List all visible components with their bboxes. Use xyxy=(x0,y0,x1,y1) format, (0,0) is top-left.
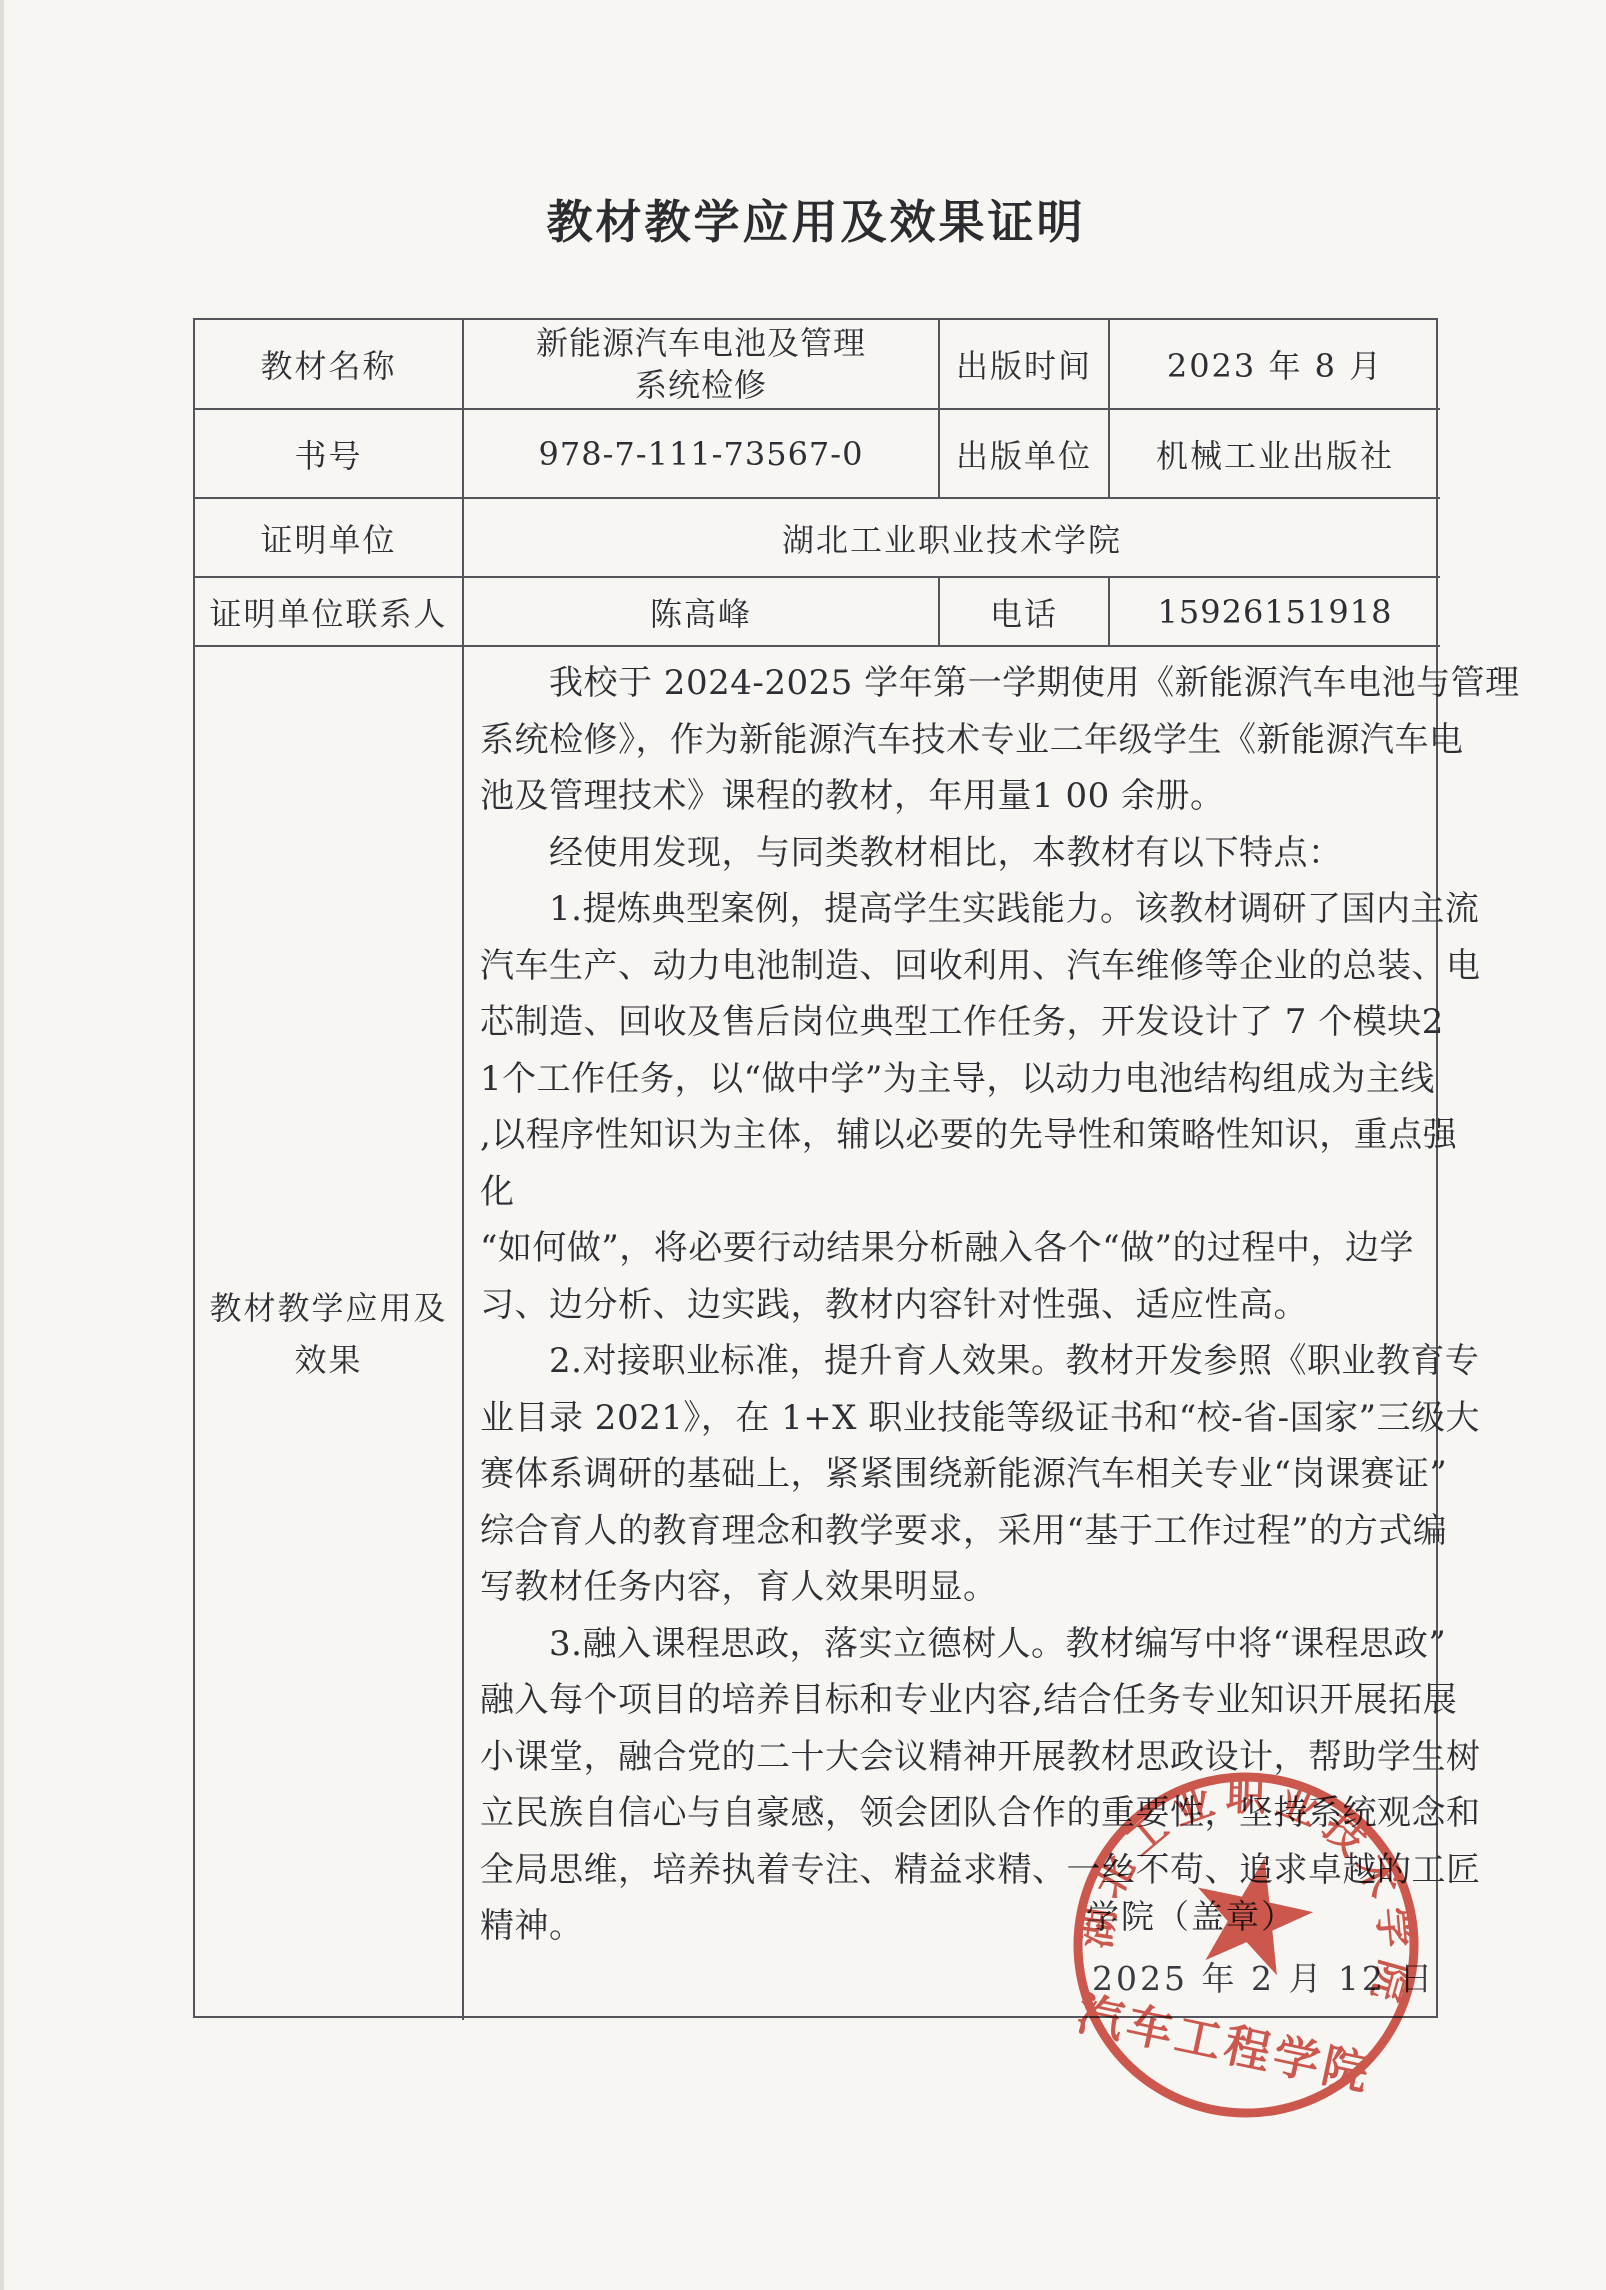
value-textbook-name: 新能源汽车电池及管理 系统检修 xyxy=(464,320,940,410)
label-isbn: 书号 xyxy=(195,410,464,499)
body-line: 化 xyxy=(480,1164,1430,1221)
label-application-and-effect: 教材教学应用及 效果 xyxy=(195,647,464,2020)
body-line: 芯制造、回收及售后岗位典型工作任务，开发设计了 7 个模块2 xyxy=(480,994,1430,1051)
textbook-name-line1: 新能源汽车电池及管理 xyxy=(536,322,866,364)
body-line: 赛体系调研的基础上，紧紧围绕新能源汽车相关专业“岗课赛证” xyxy=(480,1446,1430,1503)
body-line: 业目录 2021》，在 1+X 职业技能等级证书和“校-省-国家”三级大 xyxy=(480,1390,1430,1447)
body-line: 3.融入课程思政，落实立德树人。教材编写中将“课程思政” xyxy=(480,1616,1430,1673)
body-text: 我校于 2024-2025 学年第一学期使用《新能源汽车电池与管理系统检修》，作… xyxy=(480,655,1430,1955)
application-label-line1: 教材教学应用及 xyxy=(209,1282,447,1334)
body-line: 我校于 2024-2025 学年第一学期使用《新能源汽车电池与管理 xyxy=(480,655,1430,712)
body-line: 经使用发现，与同类教材相比，本教材有以下特点： xyxy=(480,825,1430,882)
scan-edge-artifact xyxy=(0,0,4,2290)
body-line: “如何做”，将必要行动结果分析融入各个“做”的过程中，边学 xyxy=(480,1220,1430,1277)
textbook-name-line2: 系统检修 xyxy=(635,364,767,406)
certificate-form-table: 教材名称 新能源汽车电池及管理 系统检修 出版时间 2023 年 8 月 书号 … xyxy=(193,318,1438,2018)
body-line: ,以程序性知识为主体，辅以必要的先导性和策略性知识，重点强 xyxy=(480,1107,1430,1164)
body-line: 写教材任务内容，育人效果明显。 xyxy=(480,1559,1430,1616)
body-line: 2.对接职业标准，提升育人效果。教材开发参照《职业教育专 xyxy=(480,1333,1430,1390)
body-line: 综合育人的教育理念和教学要求，采用“基于工作过程”的方式编 xyxy=(480,1503,1430,1560)
body-line: 立民族自信心与自豪感，领会团队合作的重要性，坚持系统观念和 xyxy=(480,1785,1430,1842)
scanned-certificate-page: { "document": { "title": "教材教学应用及效果证明" }… xyxy=(0,0,1606,2290)
page-title: 教材教学应用及效果证明 xyxy=(547,186,1086,252)
label-publisher: 出版单位 xyxy=(940,410,1110,499)
seal-here-label: 学院（盖章） xyxy=(1086,1889,1296,1946)
value-isbn: 978-7-111-73567-0 xyxy=(464,410,940,499)
label-publish-date: 出版时间 xyxy=(940,320,1110,410)
value-contact-person: 陈高峰 xyxy=(464,578,940,647)
label-certifying-unit: 证明单位 xyxy=(195,499,464,578)
value-certifying-unit: 湖北工业职业技术学院 xyxy=(464,499,1440,578)
label-textbook-name: 教材名称 xyxy=(195,320,464,410)
body-line: 汽车生产、动力电池制造、回收利用、汽车维修等企业的总装、电 xyxy=(480,938,1430,995)
body-line: 融入每个项目的培养目标和专业内容,结合任务专业知识开展拓展 xyxy=(480,1672,1430,1729)
value-publish-date: 2023 年 8 月 xyxy=(1110,320,1440,410)
body-line: 1个工作任务，以“做中学”为主导，以动力电池结构组成为主线 xyxy=(480,1051,1430,1108)
value-publisher: 机械工业出版社 xyxy=(1110,410,1440,499)
value-phone: 15926151918 xyxy=(1110,578,1440,647)
label-phone: 电话 xyxy=(940,578,1110,647)
application-effect-body-cell: 我校于 2024-2025 学年第一学期使用《新能源汽车电池与管理系统检修》，作… xyxy=(464,647,1440,2020)
body-line: 池及管理技术》课程的教材，年用量1 00 余册。 xyxy=(480,768,1430,825)
body-line: 1.提炼典型案例，提高学生实践能力。该教材调研了国内主流 xyxy=(480,881,1430,938)
label-contact-person: 证明单位联系人 xyxy=(195,578,464,647)
signature-date: 2025 年 2 月 12 日 xyxy=(1092,1951,1435,2008)
application-label-line2: 效果 xyxy=(294,1334,362,1386)
body-line: 系统检修》，作为新能源汽车技术专业二年级学生《新能源汽车电 xyxy=(480,712,1430,769)
body-line: 小课堂，融合党的二十大会议精神开展教材思政设计，帮助学生树 xyxy=(480,1729,1430,1786)
body-line: 习、边分析、边实践，教材内容针对性强、适应性高。 xyxy=(480,1277,1430,1334)
